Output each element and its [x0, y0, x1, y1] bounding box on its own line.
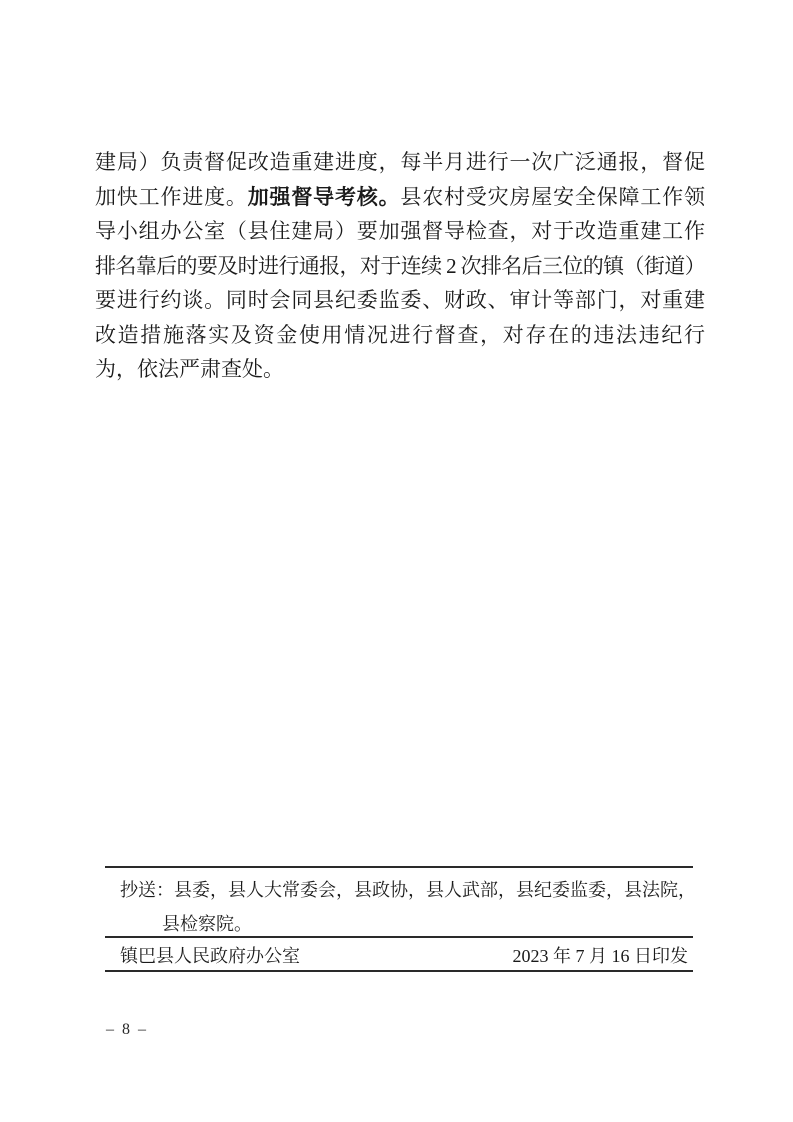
- footer-divider-middle: [105, 936, 693, 938]
- copy-to-recipients-continued: 县检察院。: [162, 911, 252, 937]
- copy-to-line: 抄送：县委，县人大常委会，县政协，县人武部，县纪委监委，县法院，: [120, 877, 698, 903]
- body-line-4: 排名靠后的要及时进行通报，对于连续 2 次排名后三位的镇（街道）: [95, 249, 705, 284]
- print-date: 2023 年 7 月 16 日印发: [513, 944, 689, 968]
- body-line-3: 导小组办公室（县住建局）要加强督导检查，对于改造重建工作: [95, 214, 705, 249]
- body-line-5: 要进行约谈。同时会同县纪委监委、财政、审计等部门，对重建: [95, 283, 705, 318]
- body-line-6: 改造措施落实及资金使用情况进行督查，对存在的违法违纪行: [95, 318, 705, 353]
- document-page: 建局）负责督促改造重建进度，每半月进行一次广泛通报，督促 加快工作进度。加强督导…: [0, 0, 793, 1122]
- body-line-2-start: 加快工作进度。: [95, 185, 248, 209]
- page-number: – 8 –: [106, 1021, 148, 1039]
- body-paragraph: 建局）负责督促改造重建进度，每半月进行一次广泛通报，督促 加快工作进度。加强督导…: [95, 145, 705, 387]
- emphasis-heading-inline: 加强督导考核。: [248, 185, 401, 209]
- copy-to-recipients: 县委，县人大常委会，县政协，县人武部，县纪委监委，县法院，: [174, 880, 696, 900]
- copy-to-label: 抄送：: [120, 880, 174, 900]
- body-line-2-end: 县农村受灾房屋安全保障工作领: [400, 185, 705, 209]
- issuing-office: 镇巴县人民政府办公室: [120, 944, 300, 968]
- footer-divider-bottom: [105, 970, 693, 972]
- body-line-2: 加快工作进度。加强督导考核。县农村受灾房屋安全保障工作领: [95, 180, 705, 215]
- issue-row: 镇巴县人民政府办公室 2023 年 7 月 16 日印发: [120, 944, 688, 968]
- body-line-7: 为，依法严肃查处。: [95, 352, 705, 387]
- body-line-1: 建局）负责督促改造重建进度，每半月进行一次广泛通报，督促: [95, 145, 705, 180]
- footer-divider-top: [105, 866, 693, 868]
